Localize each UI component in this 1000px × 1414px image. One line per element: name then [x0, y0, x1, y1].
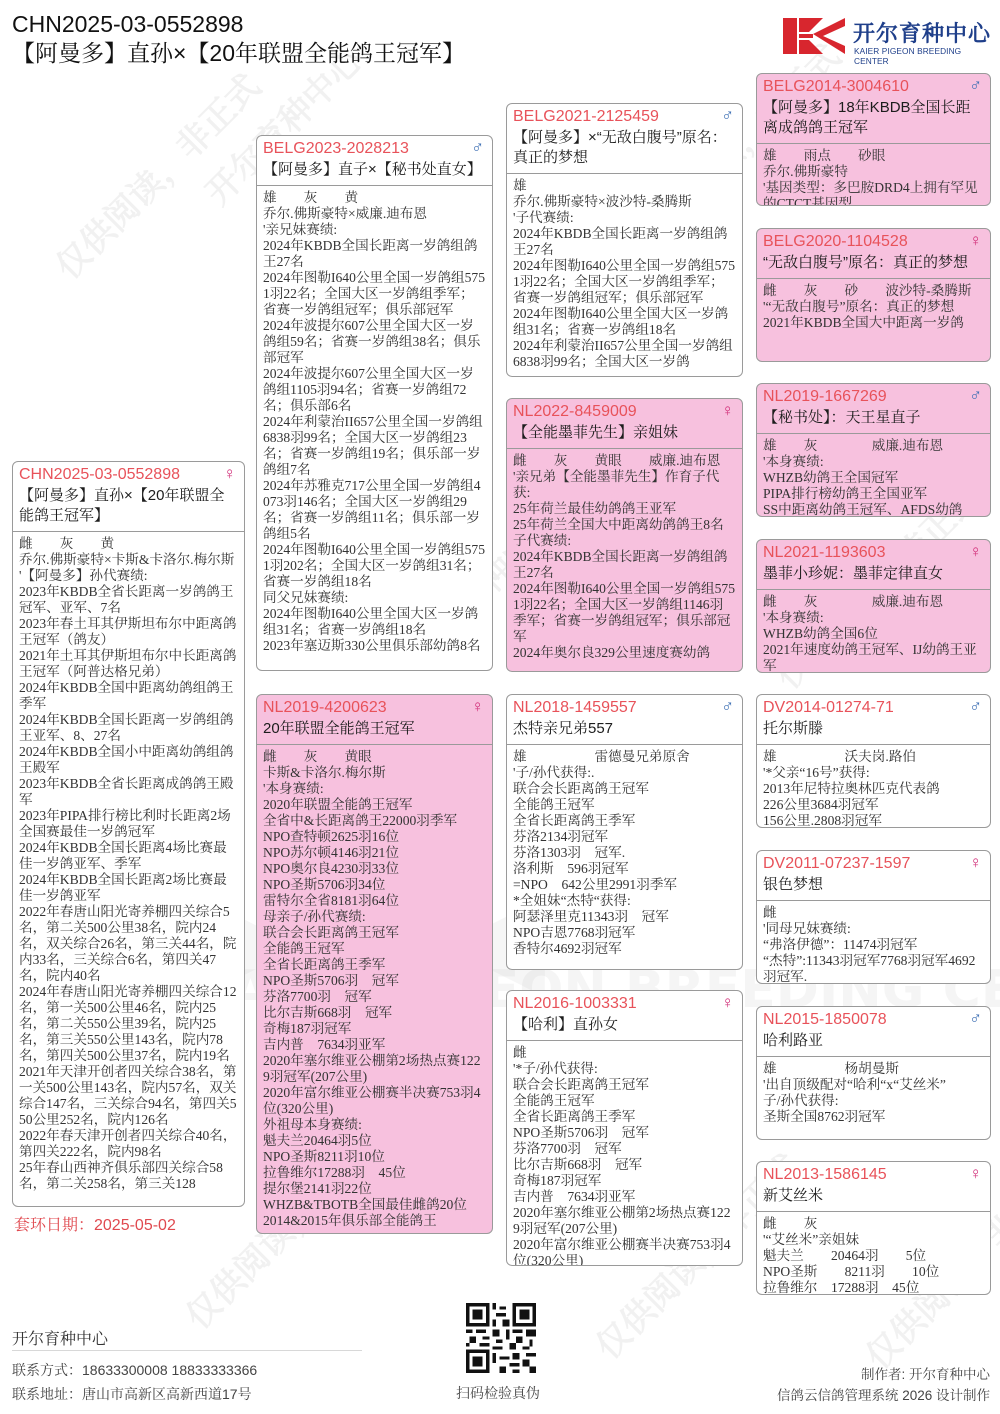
male-icon: ♂	[471, 138, 484, 158]
result-line: 2020年塞尔维亚公棚第2场热点赛1229羽冠军(207公里)	[513, 1205, 736, 1237]
female-icon: ♀	[969, 542, 982, 562]
color-line: 雌 灰 砂 波沙特-桑腾斯	[763, 283, 984, 299]
result-line: 2024年图勒I640公里全国一岁鸽组5751羽202名；全国大区一岁鸽组31名…	[263, 542, 486, 590]
card-header: NL2019-1667269 ♂ 【秘书处】：天王星直子	[757, 384, 990, 434]
result-line: 奇梅187羽冠军	[513, 1173, 736, 1189]
result-line: 2024年KBDB全国长距离一岁鸽组鸽王27名	[513, 226, 736, 258]
breeder-line: 卡斯&卡洛尔.梅尔斯	[263, 765, 486, 781]
result-line: 全省中&长距离鸽王22000羽季军	[263, 813, 486, 829]
card-body: 雌 灰 黄眼 威廉.迪布恩 '亲兄弟【全能墨菲先生】作育子代获: 25年荷兰最佳…	[507, 449, 742, 665]
result-line: 联合会长距离鸽王冠军	[513, 781, 736, 797]
breeder-line: 乔尔.佛斯豪特×波沙特-桑腾斯	[513, 194, 736, 210]
results-heading: '【阿曼多】孙代赛绩:	[19, 568, 238, 584]
card-header: NL2013-1586145 ♀ 新艾丝米	[757, 1162, 990, 1212]
pigeon-name: 【全能墨菲先生】亲姐妹	[513, 423, 736, 443]
card-header: BELG2021-2125459 ♂ 【阿曼多】×“无敌白腹号”原名： 真正的梦…	[507, 104, 742, 174]
pigeon-name: 哈利路亚	[763, 1031, 984, 1051]
card-body: 雄 雷德曼兄弟原舍 '子/孙代获得:. 联合会长距离鸽王冠军 全能鸽王冠军 全省…	[507, 745, 742, 961]
pedigree-card-sire-dam[interactable]: NL2022-8459009 ♀ 【全能墨菲先生】亲姐妹 雌 灰 黄眼 威廉.迪…	[506, 398, 743, 672]
card-header: DV2014-01274-71 ♂ 托尔斯滕	[757, 695, 990, 745]
results-heading: '子代赛绩:	[513, 210, 736, 226]
result-line: 2020年富尔维亚公棚赛半决赛753羽4位(320公里)	[263, 1085, 486, 1117]
color-line: 雄 灰 威廉.迪布恩	[763, 438, 984, 454]
footer-org-name: 开尔育种中心	[12, 1326, 108, 1349]
result-line: 2021年土耳其伊斯坦布尔中长距离鸽王冠军（阿普达格兄弟）	[19, 648, 238, 680]
ring-number: NL2015-1850078	[763, 1010, 984, 1030]
color-line: 雌 灰 威廉.迪布恩	[763, 594, 984, 610]
pigeon-name: 【阿曼多】直子×【秘书处直女】	[263, 160, 486, 180]
results-heading: '本身赛绩:	[763, 454, 984, 470]
result-line: 2024年图勒I640公里全国大区一岁鸽组31名；省赛一岁鸽组18名	[263, 606, 486, 638]
male-icon: ♂	[721, 106, 734, 126]
pedigree-card-dsd[interactable]: DV2011-07237-1597 ♀ 银色梦想 雌 '同母兄妹赛绩: “弗洛伊…	[756, 850, 991, 984]
result-line: 2024年利蒙治II657公里全国一岁鸽组6838羽99名；全国大区一岁鸽	[513, 338, 736, 370]
result-line: 2020年富尔维亚公棚赛半决赛753羽4位(320公里)	[513, 1237, 736, 1266]
result-line: 提尔堡2141羽22位	[263, 1181, 486, 1197]
male-icon: ♂	[969, 697, 982, 717]
result-line: 香特尔4692羽冠军	[513, 941, 736, 957]
male-icon: ♂	[969, 1009, 982, 1029]
result-line: 吉内普 7634羽亚军	[513, 1189, 736, 1205]
results-heading: '*父亲“16号”获得:	[763, 765, 984, 781]
result-line: 2024年图勒I640公里全国一岁鸽组5751羽22名；全国大区一岁鸽组季军；省…	[263, 270, 486, 318]
card-header: DV2011-07237-1597 ♀ 银色梦想	[757, 851, 990, 901]
result-line: 魁夫兰20464羽5位	[263, 1133, 486, 1149]
ring-number: BELG2021-2125459	[513, 107, 736, 127]
result-line: 雷特尔全省8181羽64位	[263, 893, 486, 909]
footer-divider	[12, 1350, 362, 1351]
card-header: CHN2025-03-0552898 ♀ 【阿曼多】直孙×【20年联盟全能鸽王冠…	[13, 462, 244, 532]
result-line: =NPO 642公里2991羽季军	[513, 877, 736, 893]
breeder-line: 乔尔.佛斯豪特×卡斯&卡洛尔.梅尔斯	[19, 552, 238, 568]
title-ring-number: CHN2025-03-0552898	[12, 10, 482, 39]
result-line: NPO圣斯5706羽34位	[263, 877, 486, 893]
result-line: 2023年塞迈斯330公里俱乐部幼鸽8名	[263, 638, 486, 654]
result-line: 2023年PIPA排行榜比利时长距离2场全国赛最佳一岁鸽冠军	[19, 808, 238, 840]
result-line: 联合会长距离鸽王冠军	[263, 925, 486, 941]
color-line: 雌	[513, 1045, 736, 1061]
color-line: 雌 灰	[763, 1216, 984, 1232]
card-header: NL2016-1003331 ♀ 【哈利】直孙女	[507, 991, 742, 1041]
male-icon: ♂	[969, 76, 982, 96]
footer-system-credit: 信鸽云信鸽管理系统 2026 设计制作	[777, 1384, 990, 1404]
qr-verify-label: 扫码检验真伪	[456, 1383, 540, 1403]
color-line: 雌 灰 黄眼	[263, 749, 486, 765]
breeder-line: 乔尔.佛斯豪特×威廉.迪布恩	[263, 206, 486, 222]
results-heading: '*子/孙代获得:	[513, 1061, 736, 1077]
result-line: 2024年图勒I640公里全国一岁鸽组5751羽22名；全国大区一岁鸽组1146…	[513, 581, 736, 645]
ring-date: 套环日期：2025-05-02	[14, 1212, 176, 1235]
result-line: WHZB&TBOTB全国最佳雌鸽20位	[263, 1197, 486, 1213]
pigeon-name: 【阿曼多】直孙×【20年联盟全能鸽王冠军】	[19, 486, 238, 526]
result-line: 全省长距离鸽王季军	[513, 1109, 736, 1125]
result-line: 25年荷兰全国大中距离幼鸽鸽王8名	[513, 517, 736, 533]
female-icon: ♀	[721, 401, 734, 421]
pigeon-name: 【阿曼多】18年KBDB全国长距离成鸽鸽王冠军	[763, 98, 984, 138]
result-line: 2024年波提尔607公里全国大区一岁鸽组59名；省赛一岁鸽组38名；俱乐部冠军	[263, 318, 486, 366]
pedigree-card-dds[interactable]: NL2015-1850078 ♂ 哈利路亚 雄 杨胡曼斯 '出自顶级配对“哈利“…	[756, 1006, 991, 1140]
result-line: WHZB幼鸽王全国冠军	[763, 470, 984, 486]
result-line: 2024年KBDB全国长距离4场比赛最佳一岁鸽亚军、季军	[19, 840, 238, 872]
result-line: 2013年尼特拉奥林匹克代表鸽	[763, 781, 984, 797]
result-line: “弗洛伊德”：11474羽冠军	[763, 937, 984, 953]
results-heading: '“艾丝米”亲姐妹	[763, 1232, 984, 1248]
results-heading: '本身赛绩:	[263, 781, 486, 797]
color-line: 雄 雷德曼兄弟原舍	[513, 749, 736, 765]
pigeon-name: “无敌白腹号”原名：真正的梦想	[763, 253, 984, 273]
result-line: 226公里3684羽冠军	[763, 797, 984, 813]
qr-code-icon[interactable]	[466, 1303, 536, 1373]
result-line: 拉鲁维尔17288羽 45位	[263, 1165, 486, 1181]
pigeon-name: 墨菲小珍妮：墨菲定律直女	[763, 564, 984, 584]
card-header: NL2021-1193603 ♀ 墨菲小珍妮：墨菲定律直女	[757, 540, 990, 590]
footer-address: 联系地址：唐山市高新区高新西道17号	[12, 1384, 252, 1404]
color-line: 雄 杨胡曼斯	[763, 1061, 984, 1077]
male-icon: ♂	[969, 386, 982, 406]
ring-number: BELG2023-2028213	[263, 139, 486, 159]
result-line: 芬洛2134羽冠军	[513, 829, 736, 845]
result-line: 2024年KBDB全国长距离一岁鸽组鸽王亚军、8、27名	[19, 712, 238, 744]
result-line: 芬洛7700羽 冠军	[513, 1141, 736, 1157]
result-line: 2024年图勒I640公里全国一岁鸽组5751羽22名；全国大区一岁鸽组季军；省…	[513, 258, 736, 306]
kaier-logo-icon	[783, 16, 847, 56]
ring-number: DV2011-07237-1597	[763, 854, 984, 874]
result-line: 2022年春天津开创者四关综合40名，第四关222名，院内98名	[19, 1128, 238, 1160]
card-body: 雌 '同母兄妹赛绩: “弗洛伊德”：11474羽冠军 “杰特”:11343羽冠军…	[757, 901, 990, 984]
card-header: NL2018-1459557 ♂ 杰特亲兄弟557	[507, 695, 742, 745]
card-header: NL2019-4200623 ♀ 20年联盟全能鸽王冠军	[257, 695, 492, 745]
card-header: NL2022-8459009 ♀ 【全能墨菲先生】亲姐妹	[507, 399, 742, 449]
color-line: 雌 灰 黄眼 威廉.迪布恩	[513, 453, 736, 469]
result-line: 2024年KBDB全国中距离幼鸽组鸽王季军	[19, 680, 238, 712]
result-line: 芬洛7700羽 冠军	[263, 989, 486, 1005]
result-line: 2020年联盟全能鸽王冠军	[263, 797, 486, 813]
result-line: 全能鸽王冠军	[513, 1093, 736, 1109]
result-line: 2021年KBDB全国大中距离一岁鸽	[763, 315, 984, 331]
result-line: NPO圣斯5706羽 冠军	[263, 973, 486, 989]
result-line: 2021年速度幼鸽王冠军、IJ幼鸽王亚军	[763, 642, 984, 673]
card-body: 雌 '*子/孙代获得: 联合会长距离鸽王冠军 全能鸽王冠军 全省长距离鸽王季军 …	[507, 1041, 742, 1266]
card-header: BELG2014-3004610 ♂ 【阿曼多】18年KBDB全国长距离成鸽鸽王…	[757, 74, 990, 144]
pedigree-card-sire[interactable]: BELG2023-2028213 ♂ 【阿曼多】直子×【秘书处直女】 雄 灰 黄…	[256, 135, 493, 671]
document-title: CHN2025-03-0552898 【阿曼多】直孙×【20年联盟全能鸽王冠军】	[12, 10, 482, 68]
result-line: 2023年KBDB全省长距离一岁鸽鸽王冠军、亚军、7名	[19, 584, 238, 616]
color-line: 雄 沃夫岗.路伯	[763, 749, 984, 765]
result-line: NPO圣斯5706羽 冠军	[513, 1125, 736, 1141]
color-line: 雄 雨点 砂眼	[763, 148, 984, 164]
ring-number: NL2021-1193603	[763, 543, 984, 563]
result-line: 156公里.2808羽冠军	[763, 813, 984, 828]
logo-name-cn: 开尔育种中心	[853, 17, 991, 48]
female-icon: ♀	[969, 231, 982, 251]
results-heading: 子代赛绩:	[513, 533, 736, 549]
results-heading: 母亲子/孙代赛绩:	[263, 909, 486, 925]
pigeon-name: 新艾丝米	[763, 1186, 984, 1206]
results-heading: '同母兄妹赛绩:	[763, 921, 984, 937]
card-body: 雌 灰 黄眼 卡斯&卡洛尔.梅尔斯 '本身赛绩: 2020年联盟全能鸽王冠军 全…	[257, 745, 492, 1233]
result-line: NPO吉恩7768羽冠军	[513, 925, 736, 941]
result-line: NPO圣斯8211羽10位	[263, 1149, 486, 1165]
footer-contact: 联系方式：18633300008 18833333366	[12, 1360, 257, 1380]
result-line: 2024年KBDB全国长距离一岁鸽组鸽王27名	[263, 238, 486, 270]
pedigree-card-sss[interactable]: BELG2014-3004610 ♂ 【阿曼多】18年KBDB全国长距离成鸽鸽王…	[756, 73, 991, 206]
result-line: 吉内普 7634羽亚军	[263, 1037, 486, 1053]
male-icon: ♂	[721, 697, 734, 717]
pedigree-card-sdd[interactable]: NL2021-1193603 ♀ 墨菲小珍妮：墨菲定律直女 雌 灰 威廉.迪布恩…	[756, 539, 991, 673]
logo: 开尔育种中心 KAIER PIGEON BREEDING CENTER	[783, 16, 993, 60]
pigeon-name: 【哈利】直孙女	[513, 1015, 736, 1035]
color-line: 雄 灰 黄	[263, 190, 486, 206]
footer-maker: 制作者: 开尔育种中心	[861, 1363, 990, 1383]
result-line: 2024年奥尔良329公里速度赛幼鸽	[513, 645, 736, 661]
card-body: 雄 杨胡曼斯 '出自顶级配对“哈利“x“艾丝米” 子/孙代获得: 圣斯全国876…	[757, 1057, 990, 1129]
result-line: 2020年塞尔维亚公棚第2场热点赛1229羽冠军(207公里)	[263, 1053, 486, 1085]
result-line: NPO奥尔良4230羽33位	[263, 861, 486, 877]
card-header: BELG2023-2028213 ♂ 【阿曼多】直子×【秘书处直女】	[257, 136, 492, 186]
result-line: 比尔吉斯668羽 冠军	[513, 1157, 736, 1173]
result-line: 奇梅187羽冠军	[263, 1021, 486, 1037]
result-line: '出自顶级配对“哈利“x“艾丝米”	[763, 1077, 984, 1093]
ring-number: NL2016-1003331	[513, 994, 736, 1014]
result-line: 全省长距离鸽王季军	[263, 957, 486, 973]
pedigree-card-ssd[interactable]: BELG2020-1104528 ♀ “无敌白腹号”原名：真正的梦想 雌 灰 砂…	[756, 228, 991, 362]
pigeon-name: 托尔斯滕	[763, 719, 984, 739]
result-line: 比尔吉斯668羽 冠军	[263, 1005, 486, 1021]
results-heading: '本身赛绩:	[763, 610, 984, 626]
female-icon: ♀	[223, 464, 236, 484]
ring-number: BELG2014-3004610	[763, 77, 984, 97]
results-heading: *全姐妹“杰特“获得:	[513, 893, 736, 909]
result-line: '基因类型：多巴胺DRD4上拥有罕见的CTCT基因型	[763, 180, 984, 206]
ring-number: BELG2020-1104528	[763, 232, 984, 252]
pedigree-card-ddd[interactable]: NL2013-1586145 ♀ 新艾丝米 雌 灰 '“艾丝米”亲姐妹 魁夫兰 …	[756, 1161, 991, 1295]
card-body: 雄 雨点 砂眼 乔尔.佛斯豪特 '基因类型：多巴胺DRD4上拥有罕见的CTCT基…	[757, 144, 990, 206]
card-body: 雄 灰 威廉.迪布恩 '本身赛绩: WHZB幼鸽王全国冠军 PIPA排行榜幼鸽王…	[757, 434, 990, 517]
card-body: 雄 灰 黄 乔尔.佛斯豪特×威廉.迪布恩 '亲兄妹赛绩: 2024年KBDB全国…	[257, 186, 492, 658]
result-line: SS中距离幼鸽王冠军、AFDS幼鸽	[763, 502, 984, 517]
color-line: 雌	[763, 905, 984, 921]
logo-name-en: KAIER PIGEON BREEDING CENTER	[854, 46, 993, 66]
female-icon: ♀	[969, 1164, 982, 1184]
card-body: 雌 灰 黄 乔尔.佛斯豪特×卡斯&卡洛尔.梅尔斯 '【阿曼多】孙代赛绩: 202…	[13, 532, 244, 1196]
result-line: 全省长距离鸽王季军	[513, 813, 736, 829]
ring-number: DV2014-01274-71	[763, 698, 984, 718]
result-line: 全能鸽王冠军	[513, 797, 736, 813]
watermark-text: 仅供阅读，非正式	[43, 61, 270, 288]
result-line: PIPA排行榜幼鸽王全国亚军	[763, 486, 984, 502]
pedigree-card-sire-sire[interactable]: BELG2021-2125459 ♂ 【阿曼多】×“无敌白腹号”原名： 真正的梦…	[506, 103, 743, 377]
female-icon: ♀	[721, 993, 734, 1013]
results-heading: 同父兄妹赛绩:	[263, 590, 486, 606]
breeder-line: 乔尔.佛斯豪特	[763, 164, 984, 180]
ring-number: NL2022-8459009	[513, 402, 736, 422]
result-line: 2024年波提尔607公里全国大区一岁鸽组1105羽94名；省赛一岁鸽组72名；…	[263, 366, 486, 414]
pigeon-name: 杰特亲兄弟557	[513, 719, 736, 739]
ring-number: CHN2025-03-0552898	[19, 465, 238, 485]
results-heading: '亲兄弟【全能墨菲先生】作育子代获:	[513, 469, 736, 501]
result-line: 2023年春土耳其伊斯坦布尔中距离鸽王冠军（鸽友）	[19, 616, 238, 648]
pedigree-card-dss[interactable]: DV2014-01274-71 ♂ 托尔斯滕 雄 沃夫岗.路伯 '*父亲“16号…	[756, 694, 991, 828]
result-line: '“无敌白腹号”原名：真正的梦想	[763, 299, 984, 315]
result-line: 洛利斯 596羽冠军	[513, 861, 736, 877]
pigeon-name: 【阿曼多】×“无敌白腹号”原名： 真正的梦想	[513, 128, 736, 168]
result-line: 2022年春唐山阳光寄养棚四关综合5名，第二关500公里38名，院内24名，双关…	[19, 904, 238, 984]
result-line: 2024年春唐山阳光寄养棚四关综合12名，第一关500公里46名，院内25名，第…	[19, 984, 238, 1064]
result-line: 圣斯全国8762羽冠军	[763, 1109, 984, 1125]
card-header: NL2015-1850078 ♂ 哈利路亚	[757, 1007, 990, 1057]
result-line: 2024年KBDB全国长距离一岁鸽组鸽王27名	[513, 549, 736, 581]
ring-number: NL2013-1586145	[763, 1165, 984, 1185]
result-line: 2014&2015年俱乐部全能鸽王	[263, 1213, 486, 1229]
result-line: 2024年利蒙治II657公里全国一岁鸽组6838羽99名；全国大区一岁鸽组23…	[263, 414, 486, 478]
card-body: 雄 沃夫岗.路伯 '*父亲“16号”获得: 2013年尼特拉奥林匹克代表鸽 22…	[757, 745, 990, 828]
result-line: NPO查特顿2625羽16位	[263, 829, 486, 845]
result-line: 2023年KBDB全省长距离成鸽鸽王殿军	[19, 776, 238, 808]
pigeon-name: 银色梦想	[763, 875, 984, 895]
result-line: 2024年图勒I640公里全国大区一岁鸽组31名；省赛一岁鸽组18名	[513, 306, 736, 338]
result-line: 联合会长距离鸽王冠军	[513, 1077, 736, 1093]
result-line: NPO苏尔顿4146羽21位	[263, 845, 486, 861]
female-icon: ♀	[471, 697, 484, 717]
pedigree-card-sds[interactable]: NL2019-1667269 ♂ 【秘书处】：天王星直子 雄 灰 威廉.迪布恩 …	[756, 383, 991, 517]
result-line: 25年荷兰最佳幼鸽鸽王亚军	[513, 501, 736, 517]
card-body: 雌 灰 砂 波沙特-桑腾斯 '“无敌白腹号”原名：真正的梦想 2021年KBDB…	[757, 279, 990, 335]
result-line: 2024年苏雅克717公里全国一岁鸽组4073羽146名；全国大区一岁鸽组29名…	[263, 478, 486, 542]
results-heading: 子/孙代获得:	[763, 1093, 984, 1109]
result-line: 全能鸽王冠军	[263, 941, 486, 957]
result-line: 魁夫兰 20464羽 5位	[763, 1248, 984, 1264]
color-line: 雄	[513, 178, 736, 194]
result-line: 2024年KBDB全国长距离2场比赛最佳一岁鸽亚军	[19, 872, 238, 904]
pigeon-name: 【秘书处】：天王星直子	[763, 408, 984, 428]
female-icon: ♀	[969, 853, 982, 873]
card-body: 雌 灰 威廉.迪布恩 '本身赛绩: WHZB幼鸽全国6位 2021年速度幼鸽王冠…	[757, 590, 990, 673]
pedigree-card-dam[interactable]: NL2019-4200623 ♀ 20年联盟全能鸽王冠军 雌 灰 黄眼 卡斯&卡…	[256, 694, 493, 1234]
card-body: 雄 乔尔.佛斯豪特×波沙特-桑腾斯 '子代赛绩: 2024年KBDB全国长距离一…	[507, 174, 742, 374]
result-line: 拉鲁维尔 17288羽 45位	[763, 1280, 984, 1295]
title-pigeon-name: 【阿曼多】直孙×【20年联盟全能鸽王冠军】	[12, 39, 482, 68]
result-line: 2021年天津开创者四关综合38名，第一关500公里143名，院内57名，双关综…	[19, 1064, 238, 1128]
pedigree-card-dam-sire[interactable]: NL2018-1459557 ♂ 杰特亲兄弟557 雄 雷德曼兄弟原舍 '子/孙…	[506, 694, 743, 970]
ring-number: NL2019-4200623	[263, 698, 486, 718]
results-heading: '亲兄妹赛绩:	[263, 222, 486, 238]
result-line: 芬洛1303羽 冠军.	[513, 845, 736, 861]
ring-number: NL2018-1459557	[513, 698, 736, 718]
pedigree-card-subject[interactable]: CHN2025-03-0552898 ♀ 【阿曼多】直孙×【20年联盟全能鸽王冠…	[12, 461, 245, 1207]
card-header: BELG2020-1104528 ♀ “无敌白腹号”原名：真正的梦想	[757, 229, 990, 279]
result-line: “杰特”:11343羽冠军7768羽冠军4692羽冠军.	[763, 953, 984, 984]
result-line: NPO圣斯 8211羽 10位	[763, 1264, 984, 1280]
result-line: 25年春山西神齐俱乐部四关综合58名，第二关258名，第三关128	[19, 1160, 238, 1192]
results-heading: 外祖母本身赛绩:	[263, 1117, 486, 1133]
result-line: WHZB幼鸽全国6位	[763, 626, 984, 642]
pigeon-name: 20年联盟全能鸽王冠军	[263, 719, 486, 739]
card-body: 雌 灰 '“艾丝米”亲姐妹 魁夫兰 20464羽 5位 NPO圣斯 8211羽 …	[757, 1212, 990, 1295]
result-line: 阿瑟泽里克11343羽 冠军	[513, 909, 736, 925]
color-line: 雌 灰 黄	[19, 536, 238, 552]
ring-number: NL2019-1667269	[763, 387, 984, 407]
result-line: 2024年KBDB全国小中距离幼鸽组鸽王殿军	[19, 744, 238, 776]
results-heading: '子/孙代获得:.	[513, 765, 736, 781]
pedigree-card-dam-dam[interactable]: NL2016-1003331 ♀ 【哈利】直孙女 雌 '*子/孙代获得: 联合会…	[506, 990, 743, 1266]
